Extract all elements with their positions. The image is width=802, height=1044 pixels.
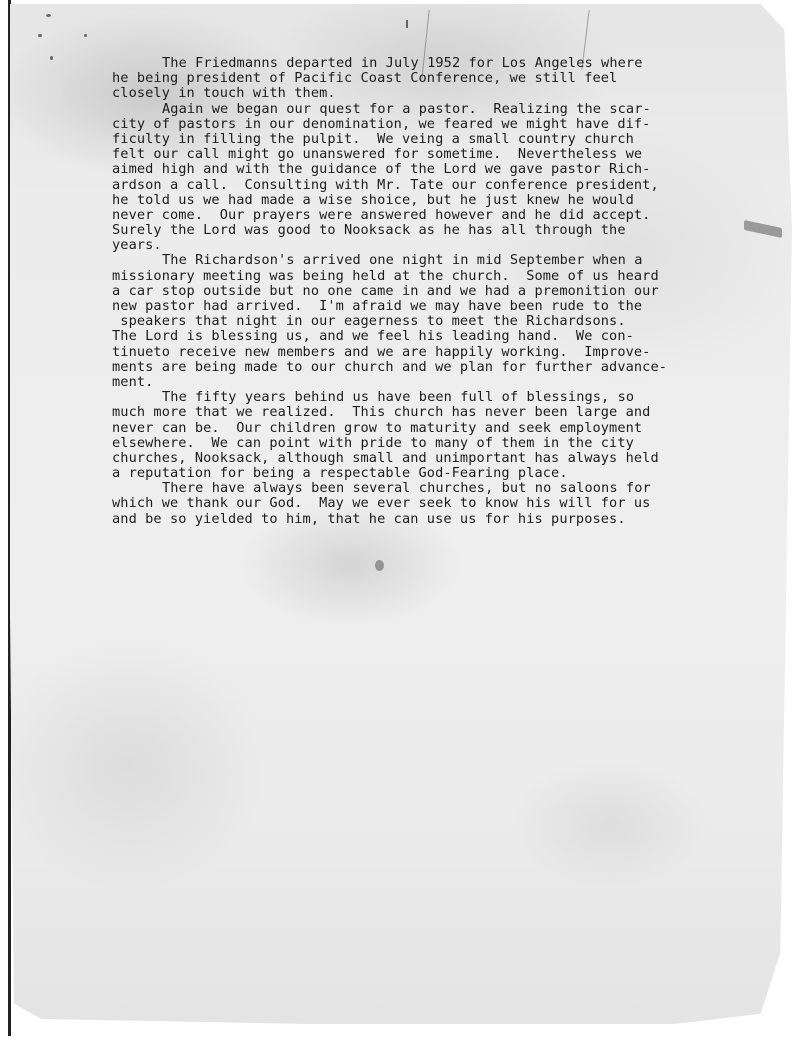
paper-mark: [406, 20, 408, 28]
text-line: never can be. Our children grow to matur…: [112, 421, 772, 436]
text-line: new pastor had arrived. I'm afraid we ma…: [112, 299, 772, 314]
paper-speck: [50, 56, 53, 60]
text-line: which we thank our God. May we ever seek…: [112, 496, 772, 511]
text-line: speakers that night in our eagerness to …: [112, 314, 772, 329]
text-line: The Richardson's arrived one night in mi…: [112, 253, 772, 268]
text-line: missionary meeting was being held at the…: [112, 269, 772, 284]
text-line: tinueto receive new members and we are h…: [112, 345, 772, 360]
text-line: The Lord is blessing us, and we feel his…: [112, 329, 772, 344]
text-line: ments are being made to our church and w…: [112, 360, 772, 375]
text-line: churches, Nooksack, although small and u…: [112, 451, 772, 466]
text-line: aimed high and with the guidance of the …: [112, 162, 772, 177]
text-line: There have always been several churches,…: [112, 481, 772, 496]
text-line: felt our call might go unanswered for so…: [112, 147, 772, 162]
text-line: he told us we had made a wise shoice, bu…: [112, 193, 772, 208]
text-line: much more that we realized. This church …: [112, 405, 772, 420]
paper-speck: [38, 34, 42, 37]
text-line: Surely the Lord was good to Nooksack as …: [112, 223, 772, 238]
text-line: city of pastors in our denomination, we …: [112, 117, 772, 132]
text-line: and be so yielded to him, that he can us…: [112, 512, 772, 527]
text-line: a reputation for being a respectable God…: [112, 466, 772, 481]
text-line: closely in touch with them.: [112, 86, 772, 101]
text-line: ardson a call. Consulting with Mr. Tate …: [112, 178, 772, 193]
text-line: The Friedmanns departed in July 1952 for…: [112, 56, 772, 71]
typewritten-text: The Friedmanns departed in July 1952 for…: [112, 56, 772, 527]
text-line: never come. Our prayers were answered ho…: [112, 208, 772, 223]
text-line: a car stop outside but no one came in an…: [112, 284, 772, 299]
text-line: The fifty years behind us have been full…: [112, 390, 772, 405]
paper-stain: [375, 560, 384, 571]
text-line: he being president of Pacific Coast Conf…: [112, 71, 772, 86]
text-line: years.: [112, 238, 772, 253]
text-line: ment.: [112, 375, 772, 390]
paper-speck: [46, 14, 51, 17]
paper-speck: [84, 34, 87, 37]
text-line: ficulty in filling the pulpit. We veing …: [112, 132, 772, 147]
text-line: Again we began our quest for a pastor. R…: [112, 102, 772, 117]
text-line: elsewhere. We can point with pride to ma…: [112, 436, 772, 451]
